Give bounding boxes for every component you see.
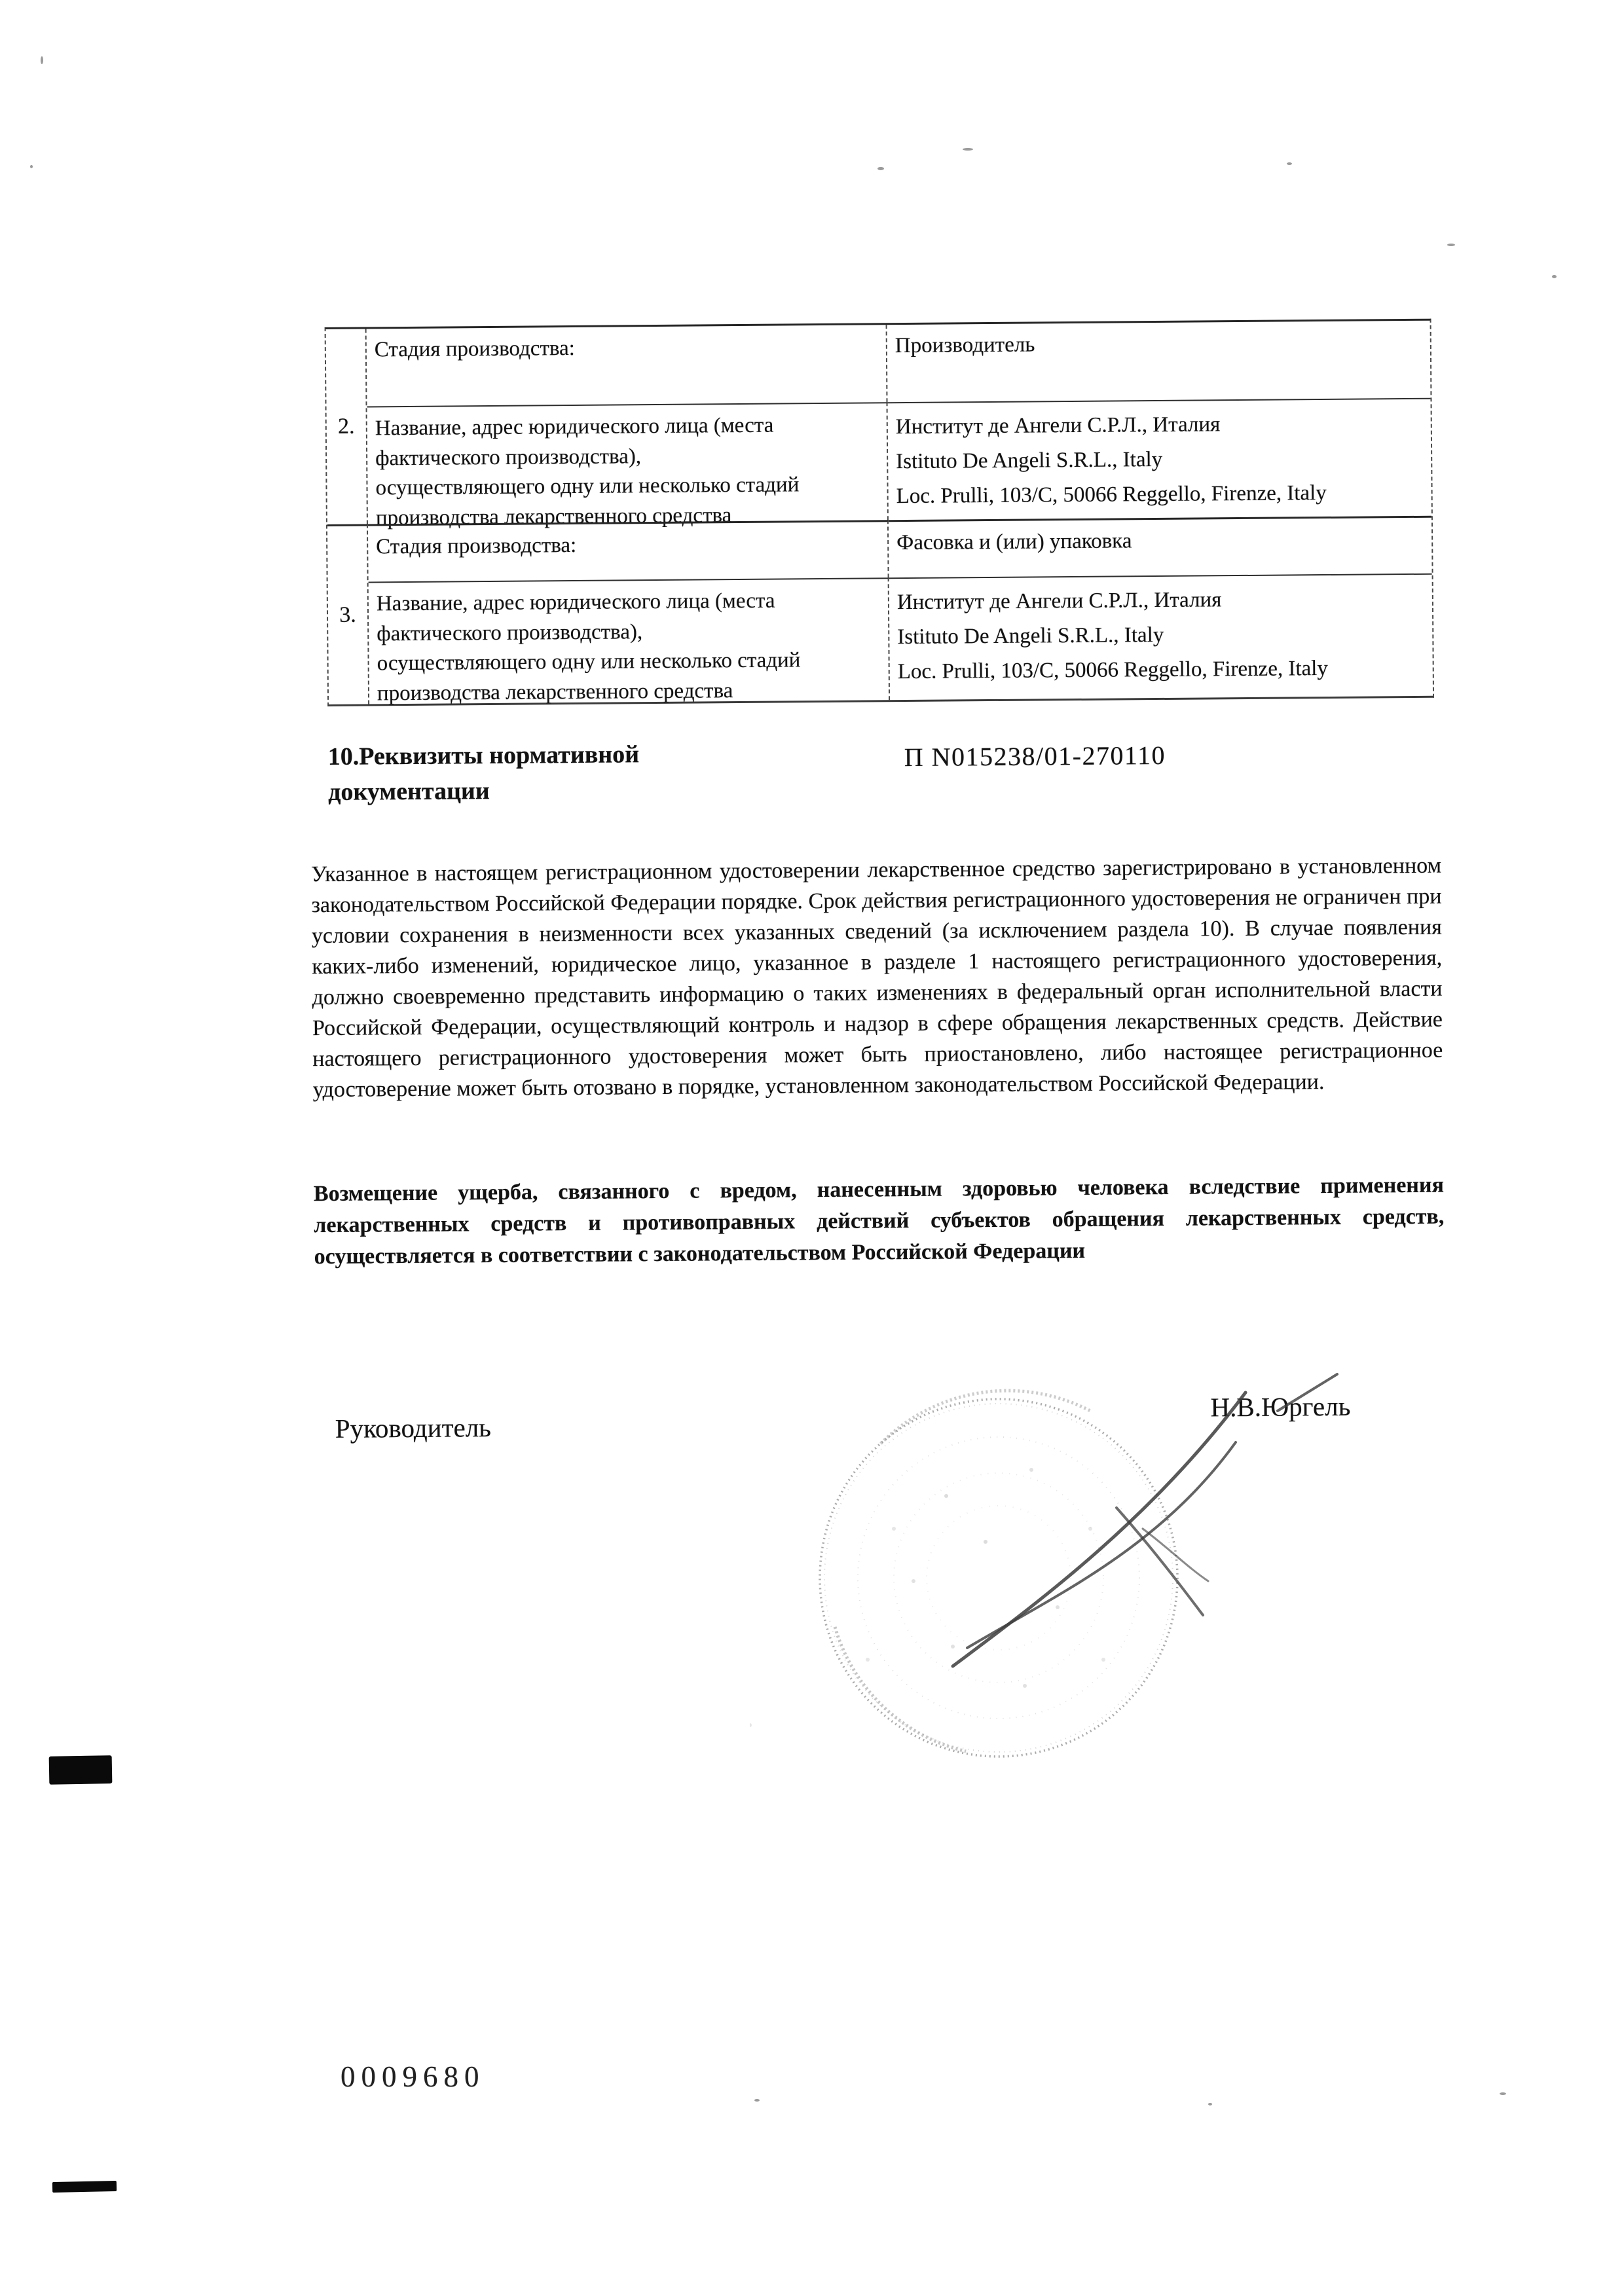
document-content: 2. Стадия производства: Производитель На…: [0, 0, 1624, 2296]
stamp-outer-ring: [820, 1399, 1177, 1757]
manufacturer-value-cell: Институт де Ангели С.Р.Л., Италия Istitu…: [889, 574, 1433, 701]
signatory-role-label: Руководитель: [335, 1412, 491, 1444]
registration-number: П N015238/01-270110: [904, 740, 1166, 773]
manufacturer-label-cell: Название, адрес юридического лица (места…: [367, 402, 889, 524]
manufacturing-stages-table: 2. Стадия производства: Производитель На…: [325, 319, 1434, 706]
redaction-mark: [49, 1755, 113, 1785]
scan-noise-speck: [30, 165, 33, 168]
scan-noise-speck: [1500, 2092, 1506, 2095]
signature-dash: [1278, 1374, 1337, 1411]
signature-stroke: [953, 1374, 1337, 1666]
scan-noise-speck: [1208, 2103, 1212, 2105]
stage-value-cell: Производитель: [887, 321, 1431, 403]
table-row-number: 2.: [326, 329, 368, 524]
scan-noise-speck: [1287, 162, 1292, 165]
scan-noise-speck: [963, 148, 973, 151]
scan-noise-speck: [754, 2099, 760, 2102]
scan-noise-speck: [1552, 275, 1557, 278]
redaction-mark: [52, 2181, 117, 2193]
stage-label-cell: Стадия производства:: [368, 520, 889, 581]
official-stamp: [750, 1332, 1378, 1830]
scan-noise-speck: [1447, 244, 1455, 246]
section-10-heading: 10.Реквизиты нормативной документации: [328, 737, 728, 811]
manufacturer-label-cell: Название, адрес юридического лица (места…: [369, 577, 890, 704]
manufacturer-value-cell: Институт де Ангели С.Р.Л., Италия Istitu…: [887, 398, 1431, 520]
stage-value-cell: Фасовка и (или) упаковка: [889, 516, 1432, 578]
damage-compensation-paragraph: Возмещение ущерба, связанного с вредом, …: [314, 1170, 1445, 1273]
registration-terms-paragraph: Указанное в настоящем регистрационном уд…: [311, 850, 1443, 1106]
form-serial-number: 0009680: [341, 2060, 485, 2094]
stage-label-cell: Стадия производства:: [367, 325, 888, 406]
scan-noise-speck: [877, 167, 884, 170]
table-row-number: 3.: [327, 524, 369, 704]
scanned-registration-certificate-page: 2. Стадия производства: Производитель На…: [0, 0, 1624, 2296]
scan-noise-speck: [41, 56, 43, 64]
